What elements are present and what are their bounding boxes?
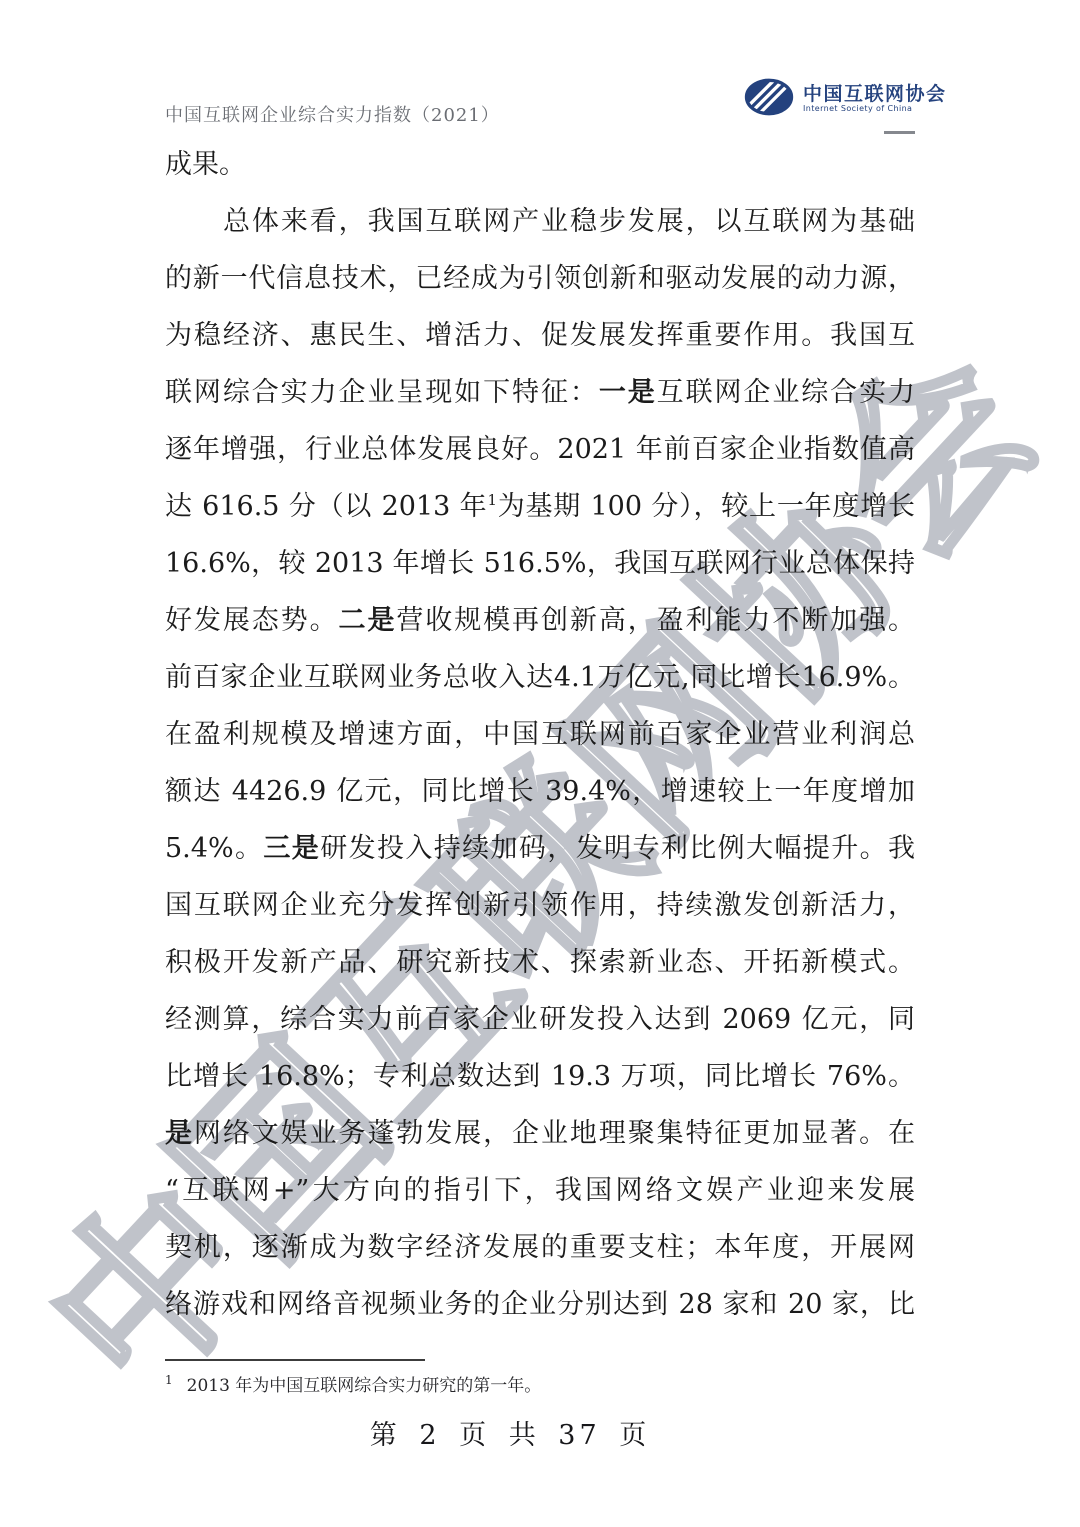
body-text-run: 契机，逐渐成为数字经济发展的重要支柱；本年度，开展网	[165, 1232, 915, 1263]
body-bold-run: 一是	[599, 377, 657, 408]
body-text-run: 的新一代信息技术，已经成为引领创新和驱动发展的动力源，	[165, 263, 915, 294]
body-text-run: 为基期 100 分），较上一年度增长	[497, 491, 915, 522]
body-line: 国互联网企业充分发挥创新引领作用，持续激发创新活力，	[165, 877, 915, 934]
body-text-run: 好发展态势。	[165, 605, 339, 636]
body-text-run: “互联网+”大方向的指引下，我国网络文娱产业迎来发展	[165, 1175, 915, 1206]
isoc-logo-name-cn: 中国互联网协会	[803, 84, 947, 105]
body-text-run: 为稳经济、惠民生、增活力、促发展发挥重要作用。我国互	[165, 320, 915, 351]
body-line: 逐年增强，行业总体发展良好。2021 年前百家企业指数值高	[165, 421, 915, 478]
body-line: 经测算，综合实力前百家企业研发投入达到 2069 亿元，同	[165, 991, 915, 1048]
body-line: 16.6%，较 2013 年增长 516.5%，我国互联网行业总体保持良	[165, 535, 915, 592]
body-text: 成果。总体来看，我国互联网产业稳步发展，以互联网为基础的新一代信息技术，已经成为…	[165, 136, 915, 1333]
body-line: 联网综合实力企业呈现如下特征：一是互联网企业综合实力	[165, 364, 915, 421]
body-text-run: 营收规模再创新高，盈利能力不断加强。	[396, 605, 915, 636]
body-text-run: 联网综合实力企业呈现如下特征：	[165, 377, 599, 408]
body-line: 前百家企业互联网业务总收入达4.1万亿元,同比增长16.9%。	[165, 649, 915, 706]
body-bold-run: 二是	[339, 605, 397, 636]
body-line: 络游戏和网络音视频业务的企业分别达到 28 家和 20 家，比	[165, 1276, 915, 1333]
isoc-logo-text: 中国互联网协会 Internet Society of China	[803, 84, 947, 114]
footnote-ref: 1	[487, 491, 496, 509]
body-line: 在盈利规模及增速方面，中国互联网前百家企业营业利润总	[165, 706, 915, 763]
header-doc-title: 中国互联网企业综合实力指数（2021）	[165, 101, 500, 127]
body-line: 积极开发新产品、研究新技术、探索新业态、开拓新模式。	[165, 934, 915, 991]
body-line: 好发展态势。二是营收规模再创新高，盈利能力不断加强。	[165, 592, 915, 649]
page-number: 第 2 页 共 37 页	[0, 1413, 1020, 1452]
body-text-run: 达 616.5 分（以 2013 年	[165, 491, 487, 522]
body-line: “互联网+”大方向的指引下，我国网络文娱产业迎来发展	[165, 1162, 915, 1219]
body-text-run: 国互联网企业充分发挥创新引领作用，持续激发创新活力，	[165, 890, 915, 921]
body-bold-run: 是	[165, 1118, 194, 1149]
header-rule	[884, 131, 915, 134]
body-text-run: 经测算，综合实力前百家企业研发投入达到 2069 亿元，同	[165, 1004, 915, 1035]
footnote: 12013 年为中国互联网综合实力研究的第一年。	[165, 1374, 915, 1398]
document-page: 中国互联网协会 中国互联网企业综合实力指数（2021） 中国互联网协会 Inte…	[0, 0, 1080, 1527]
body-text-run: 16.6%，较 2013 年增长 516.5%，我国互联网行业总体保持良	[165, 548, 915, 592]
body-line: 总体来看，我国互联网产业稳步发展，以互联网为基础	[165, 193, 915, 250]
body-text-run: 总体来看，我国互联网产业稳步发展，以互联网为基础	[223, 206, 915, 237]
body-text-run: 逐年增强，行业总体发展良好。2021 年前百家企业指数值高	[165, 434, 915, 465]
isoc-logo: 中国互联网协会 Internet Society of China	[744, 76, 947, 122]
body-line: 是网络文娱业务蓬勃发展，企业地理聚集特征更加显著。在	[165, 1105, 915, 1162]
footnote-text: 2013 年为中国互联网综合实力研究的第一年。	[187, 1376, 542, 1396]
body-text-run: 成果。	[165, 149, 246, 180]
body-line: 成果。	[165, 136, 915, 193]
body-text-run: 5.4%。	[165, 833, 263, 864]
body-text-run: 前百家企业互联网业务总收入达4.1万亿元,同比增长16.9%。	[165, 662, 915, 693]
body-text-run: 络游戏和网络音视频业务的企业分别达到 28 家和 20 家，比	[165, 1289, 915, 1320]
body-line: 为稳经济、惠民生、增活力、促发展发挥重要作用。我国互	[165, 307, 915, 364]
body-text-run: 网络文娱业务蓬勃发展，企业地理聚集特征更加显著。在	[194, 1118, 915, 1149]
footnote-separator	[165, 1359, 425, 1361]
body-text-run: 互联网企业综合实力	[657, 377, 915, 408]
footnote-marker: 1	[165, 1373, 173, 1387]
body-line: 5.4%。三是研发投入持续加码，发明专利比例大幅提升。我	[165, 820, 915, 877]
body-text-run: 比增长 16.8%；专利总数达到 19.3 万项，同比增长 76%。	[165, 1061, 915, 1092]
body-bold-run: 三是	[263, 833, 320, 864]
body-line: 的新一代信息技术，已经成为引领创新和驱动发展的动力源，	[165, 250, 915, 307]
isoc-logo-icon	[744, 76, 794, 122]
body-line: 契机，逐渐成为数字经济发展的重要支柱；本年度，开展网	[165, 1219, 915, 1276]
body-text-run: 在盈利规模及增速方面，中国互联网前百家企业营业利润总	[165, 719, 915, 750]
body-line: 达 616.5 分（以 2013 年1为基期 100 分），较上一年度增长	[165, 478, 915, 535]
isoc-logo-name-en: Internet Society of China	[803, 105, 947, 114]
body-text-run: 积极开发新产品、研究新技术、探索新业态、开拓新模式。	[165, 947, 915, 978]
body-line: 额达 4426.9 亿元，同比增长 39.4%，增速较上一年度增加	[165, 763, 915, 820]
body-line: 比增长 16.8%；专利总数达到 19.3 万项，同比增长 76%。四	[165, 1048, 915, 1105]
body-text-run: 研发投入持续加码，发明专利比例大幅提升。我	[320, 833, 915, 864]
body-text-run: 额达 4426.9 亿元，同比增长 39.4%，增速较上一年度增加	[165, 776, 915, 807]
